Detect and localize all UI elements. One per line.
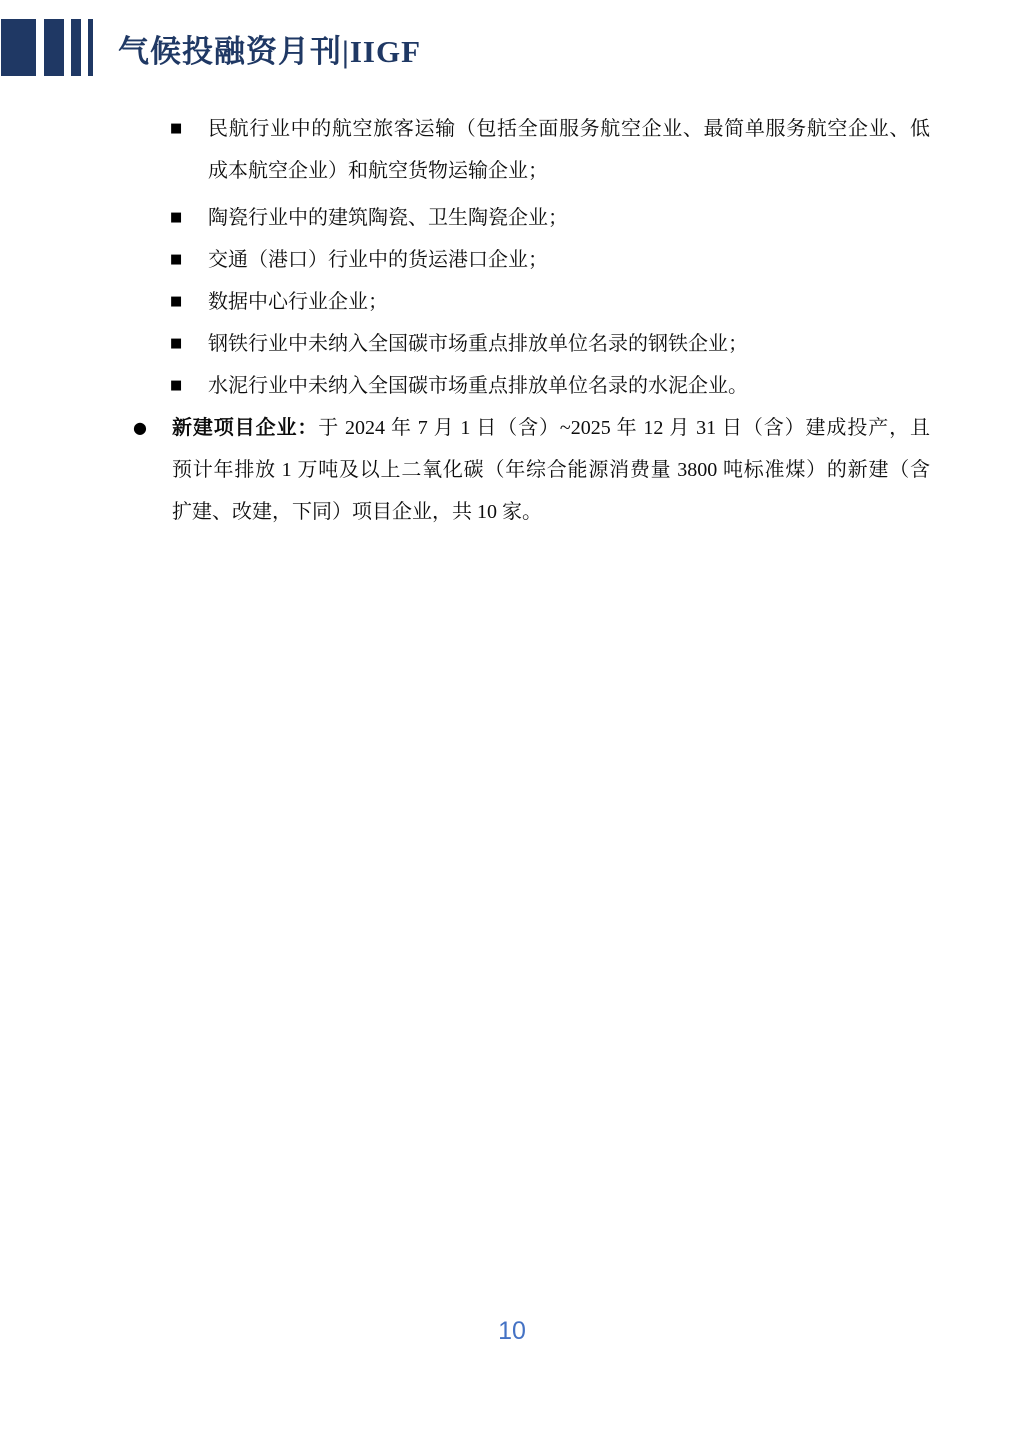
list-item-line: 民航行业中的航空旅客运输（包括全面服务航空企业、最简单服务航空企业、低 bbox=[208, 108, 930, 150]
list-item-line: 水泥行业中未纳入全国碳市场重点排放单位名录的水泥企业。 bbox=[208, 365, 930, 407]
logo-bars-icon bbox=[1, 19, 93, 76]
list-item-data-center: ■ 数据中心行业企业； bbox=[170, 281, 930, 323]
list-item-civil-aviation: ■ 民航行业中的航空旅客运输（包括全面服务航空企业、最简单服务航空企业、低 成本… bbox=[170, 108, 930, 192]
list-item-line: 交通（港口）行业中的货运港口企业； bbox=[208, 239, 930, 281]
list-item-ceramics: ■ 陶瓷行业中的建筑陶瓷、卫生陶瓷企业； bbox=[170, 197, 930, 239]
list-item-new-projects: ● 新建项目企业：于 2024 年 7 月 1 日（含）~2025 年 12 月… bbox=[133, 407, 930, 533]
logo-bar-3 bbox=[71, 19, 81, 76]
list-item-ports: ■ 交通（港口）行业中的货运港口企业； bbox=[170, 239, 930, 281]
list-item-steel: ■ 钢铁行业中未纳入全国碳市场重点排放单位名录的钢铁企业； bbox=[170, 323, 930, 365]
paragraph-line: 新建项目企业：于 2024 年 7 月 1 日（含）~2025 年 12 月 3… bbox=[172, 407, 930, 449]
circle-bullet-icon: ● bbox=[133, 407, 172, 533]
list-item-line: 成本航空企业）和航空货物运输企业； bbox=[208, 150, 930, 192]
page-title: 气候投融资月刊|IIGF bbox=[118, 32, 421, 72]
paragraph-line: 扩建、改建，下同）项目企业，共 10 家。 bbox=[172, 491, 930, 533]
page-number: 10 bbox=[0, 1316, 1024, 1346]
paragraph-text: 于 2024 年 7 月 1 日（含）~2025 年 12 月 31 日（含）建… bbox=[318, 417, 930, 439]
square-bullet-icon: ■ bbox=[170, 239, 208, 281]
list-item-line: 钢铁行业中未纳入全国碳市场重点排放单位名录的钢铁企业； bbox=[208, 323, 930, 365]
logo-bar-4 bbox=[88, 19, 93, 76]
logo-bar-2 bbox=[44, 19, 64, 76]
list-item-line: 陶瓷行业中的建筑陶瓷、卫生陶瓷企业； bbox=[208, 197, 930, 239]
list-item-line: 数据中心行业企业； bbox=[208, 281, 930, 323]
square-bullet-icon: ■ bbox=[170, 197, 208, 239]
square-bullet-icon: ■ bbox=[170, 108, 208, 192]
logo-bar-1 bbox=[1, 19, 36, 76]
list-item-cement: ■ 水泥行业中未纳入全国碳市场重点排放单位名录的水泥企业。 bbox=[170, 365, 930, 407]
square-bullet-icon: ■ bbox=[170, 365, 208, 407]
square-bullet-icon: ■ bbox=[170, 281, 208, 323]
square-bullet-icon: ■ bbox=[170, 323, 208, 365]
page-body: ■ 民航行业中的航空旅客运输（包括全面服务航空企业、最简单服务航空企业、低 成本… bbox=[0, 108, 1024, 533]
paragraph-line: 预计年排放 1 万吨及以上二氧化碳（年综合能源消费量 3800 吨标准煤）的新建… bbox=[172, 449, 930, 491]
new-projects-label: 新建项目企业： bbox=[172, 417, 318, 439]
